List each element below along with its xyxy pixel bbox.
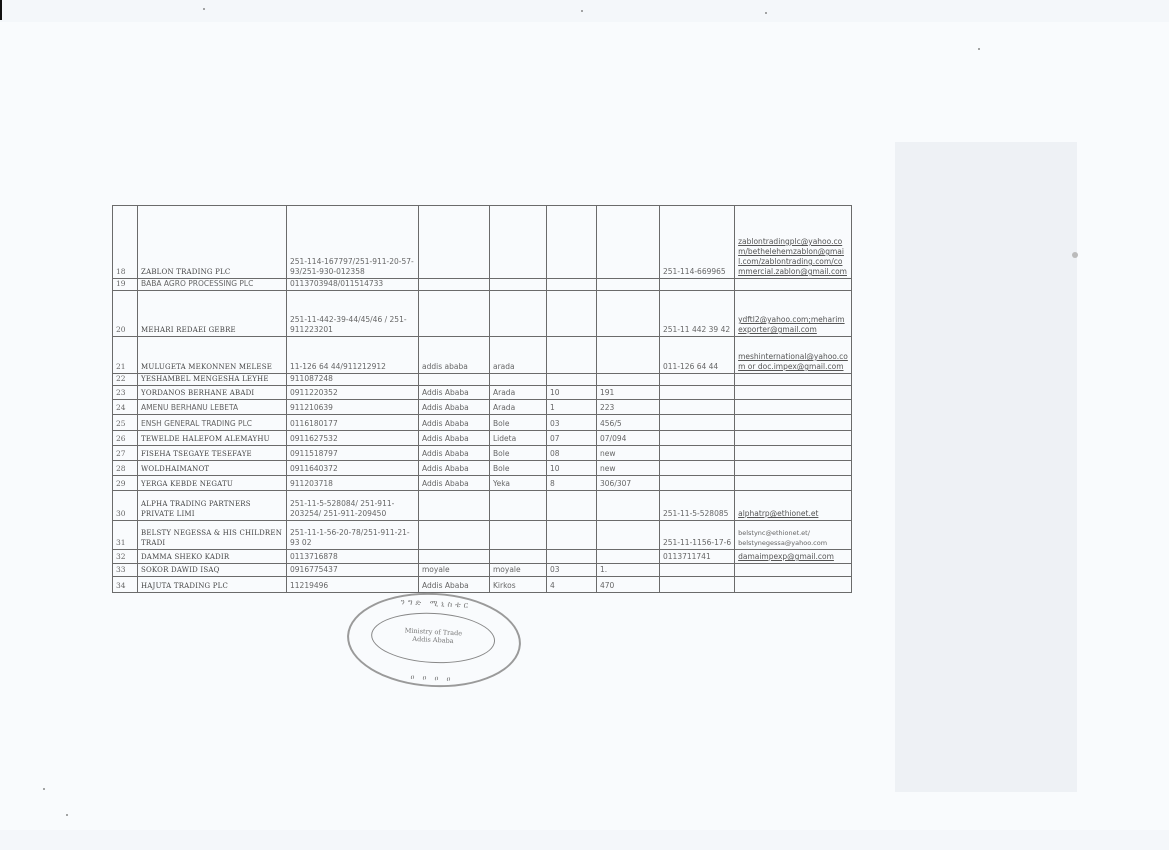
trader-name: ENSH GENERAL TRADING PLC [138,415,287,431]
trader-name: MEHARI REDAEI GEBRE [138,291,287,337]
phone-number: 0113703948/011514733 [287,279,419,291]
woreda [547,291,597,337]
secondary-phone [660,446,735,461]
subcity: Arada [490,386,547,400]
secondary-phone [660,374,735,386]
phone-number: 251-11-1-56-20-78/251-911-21- 93 02 [287,521,419,550]
row-number: 25 [113,415,138,431]
woreda: 10 [547,386,597,400]
secondary-phone [660,476,735,491]
city: Addis Ababa [419,400,490,415]
woreda [547,279,597,291]
table-row: 23YORDANOS BERHANE ABADI0911220352Addis … [113,386,852,400]
trader-name: WOLDHAIMANOT [138,461,287,476]
phone-number: 251-114-167797/251-911-20-57-93/251-930-… [287,206,419,279]
table-row: 24AMENU BERHANU LEBETA911210639Addis Aba… [113,400,852,415]
table-row: 34HAJUTA TRADING PLC11219496Addis AbabaK… [113,577,852,593]
table-row: 32DAMMA SHEKO KADIR01137168780113711741d… [113,550,852,564]
scan-speck [765,12,767,14]
table-row: 20MEHARI REDAEI GEBRE251-11-442-39-44/45… [113,291,852,337]
email-address: alphatrp@ethionet.et [735,491,852,521]
woreda: 1 [547,400,597,415]
secondary-phone: 251-11-1156-17-6 [660,521,735,550]
secondary-phone [660,461,735,476]
email-address [735,431,852,446]
scan-shadow [895,142,1077,792]
house-number: 1. [597,564,660,577]
row-number: 23 [113,386,138,400]
city: Addis Ababa [419,446,490,461]
house-number [597,291,660,337]
trader-name: YORDANOS BERHANE ABADI [138,386,287,400]
trader-name: YERGA KEBDE NEGATU [138,476,287,491]
city [419,550,490,564]
row-number: 34 [113,577,138,593]
secondary-phone: 011-126 64 44 [660,337,735,374]
scan-speck [1072,252,1078,258]
stamp-middle-text: Ministry of Trade Addis Ababa [372,625,495,647]
secondary-phone [660,279,735,291]
email-address: meshinternational@yahoo.com or doc.impex… [735,337,852,374]
email-address [735,461,852,476]
house-number: new [597,461,660,476]
trader-name: HAJUTA TRADING PLC [138,577,287,593]
email-address [735,446,852,461]
trader-name: BABA AGRO PROCESSING PLC [138,279,287,291]
phone-number: 911210639 [287,400,419,415]
subcity: Arada [490,400,547,415]
trader-name: TEWELDE HALEFOM ALEMAYHU [138,431,287,446]
table-row: 33SOKOR DAWID ISAQ0916775437moyalemoyale… [113,564,852,577]
table-row: 30ALPHA TRADING PARTNERS PRIVATE LIMI251… [113,491,852,521]
row-number: 28 [113,461,138,476]
secondary-phone: 251-11-5-528085 [660,491,735,521]
city: Addis Ababa [419,577,490,593]
woreda: 10 [547,461,597,476]
row-number: 22 [113,374,138,386]
subcity [490,279,547,291]
phone-number: 11219496 [287,577,419,593]
woreda: 8 [547,476,597,491]
phone-number: 251-11-442-39-44/45/46 / 251-911223201 [287,291,419,337]
phone-number: 0911518797 [287,446,419,461]
table-row: 25ENSH GENERAL TRADING PLC0116180177Addi… [113,415,852,431]
house-number [597,374,660,386]
subcity: Bole [490,461,547,476]
subcity [490,291,547,337]
secondary-phone [660,577,735,593]
phone-number: 0116180177 [287,415,419,431]
city [419,374,490,386]
stamp-middle-line2: Addis Ababa [412,635,454,645]
email-address [735,577,852,593]
house-number: 223 [597,400,660,415]
subcity: Kirkos [490,577,547,593]
table-row: 26TEWELDE HALEFOM ALEMAYHU0911627532Addi… [113,431,852,446]
city [419,491,490,521]
phone-number: 251-11-5-528084/ 251-911-203254/ 251-911… [287,491,419,521]
trader-name: ZABLON TRADING PLC [138,206,287,279]
stamp-inner-ring: Ministry of Trade Addis Ababa [370,610,496,666]
phone-number: 911203718 [287,476,419,491]
table-row: 19BABA AGRO PROCESSING PLC0113703948/011… [113,279,852,291]
table-row: 29YERGA KEBDE NEGATU911203718Addis Ababa… [113,476,852,491]
city: Addis Ababa [419,431,490,446]
scan-speck [203,8,205,10]
woreda [547,337,597,374]
email-address: ydftl2@yahoo.com;meharimexporter@gmail.c… [735,291,852,337]
email-address: zablontradingplc@yahoo.com/bethelehemzab… [735,206,852,279]
row-number: 32 [113,550,138,564]
phone-number: 11-126 64 44/911212912 [287,337,419,374]
phone-number: 0113716878 [287,550,419,564]
scan-speck [581,10,583,12]
woreda [547,374,597,386]
woreda [547,206,597,279]
email-address [735,386,852,400]
house-number [597,550,660,564]
subcity [490,550,547,564]
email-link: ydftl2@yahoo.com;meharimexporter@gmail.c… [738,315,845,334]
subcity [490,491,547,521]
email-address [735,374,852,386]
subcity [490,521,547,550]
house-number [597,279,660,291]
scan-speck [66,814,68,816]
subcity: Yeka [490,476,547,491]
secondary-phone: 251-11 442 39 42 [660,291,735,337]
phone-number: 0911220352 [287,386,419,400]
phone-number: 0911627532 [287,431,419,446]
subcity: Lideta [490,431,547,446]
table-row: 18ZABLON TRADING PLC251-114-167797/251-9… [113,206,852,279]
email-address [735,476,852,491]
woreda: 08 [547,446,597,461]
woreda: 07 [547,431,597,446]
trader-name: FISEHA TSEGAYE TESEFAYE [138,446,287,461]
email-address [735,400,852,415]
secondary-phone [660,386,735,400]
row-number: 30 [113,491,138,521]
email-address: belstync@ethionet.et/ belstynegessa@yaho… [735,521,852,550]
woreda [547,550,597,564]
secondary-phone [660,415,735,431]
row-number: 18 [113,206,138,279]
trader-register-table: 18ZABLON TRADING PLC251-114-167797/251-9… [112,205,852,593]
house-number [597,337,660,374]
secondary-phone [660,431,735,446]
house-number: 456/5 [597,415,660,431]
city [419,279,490,291]
row-number: 27 [113,446,138,461]
house-number: new [597,446,660,461]
trader-name: SOKOR DAWID ISAQ [138,564,287,577]
trader-name: MULUGETA MEKONNEN MELESE [138,337,287,374]
email-address: damaimpexp@gmail.com [735,550,852,564]
row-number: 29 [113,476,138,491]
city: moyale [419,564,490,577]
phone-number: 0911640372 [287,461,419,476]
city [419,206,490,279]
phone-number: 0916775437 [287,564,419,577]
scan-speck [43,788,45,790]
trader-name: BELSTY NEGESSA & HIS CHILDREN TRADI [138,521,287,550]
city: Addis Ababa [419,386,490,400]
secondary-phone: 0113711741 [660,550,735,564]
house-number: 306/307 [597,476,660,491]
scan-speck [978,48,980,50]
house-number [597,521,660,550]
secondary-phone [660,400,735,415]
secondary-phone: 251-114-669965 [660,206,735,279]
subcity [490,206,547,279]
phone-number: 911087248 [287,374,419,386]
woreda [547,521,597,550]
house-number [597,206,660,279]
subcity: moyale [490,564,547,577]
table-row: 22YESHAMBEL MENGESHA LEYHE911087248 [113,374,852,386]
email-link: alphatrp@ethionet.et [738,509,818,518]
email-link: zablontradingplc@yahoo.com/bethelehemzab… [738,237,847,276]
email-address [735,415,852,431]
trader-name: ALPHA TRADING PARTNERS PRIVATE LIMI [138,491,287,521]
trader-name: YESHAMBEL MENGESHA LEYHE [138,374,287,386]
table-row: 27FISEHA TSEGAYE TESEFAYE0911518797Addis… [113,446,852,461]
trader-name: DAMMA SHEKO KADIR [138,550,287,564]
table-row: 21MULUGETA MEKONNEN MELESE11-126 64 44/9… [113,337,852,374]
row-number: 24 [113,400,138,415]
scan-edge-mark [0,0,2,20]
subcity: Bole [490,415,547,431]
city: Addis Ababa [419,415,490,431]
row-number: 31 [113,521,138,550]
row-number: 20 [113,291,138,337]
email-link: damaimpexp@gmail.com [738,552,834,561]
city [419,521,490,550]
woreda: 03 [547,564,597,577]
woreda: 4 [547,577,597,593]
row-number: 21 [113,337,138,374]
secondary-phone [660,564,735,577]
woreda: 03 [547,415,597,431]
city [419,291,490,337]
house-number: 07/094 [597,431,660,446]
row-number: 19 [113,279,138,291]
row-number: 26 [113,431,138,446]
email-address [735,564,852,577]
trader-name: AMENU BERHANU LEBETA [138,400,287,415]
woreda [547,491,597,521]
city: Addis Ababa [419,476,490,491]
subcity [490,374,547,386]
email-link: meshinternational@yahoo.com or doc.impex… [738,352,848,371]
house-number [597,491,660,521]
subcity: Bole [490,446,547,461]
subcity: arada [490,337,547,374]
house-number: 191 [597,386,660,400]
city: Addis Ababa [419,461,490,476]
email-address [735,279,852,291]
house-number: 470 [597,577,660,593]
table-row: 31BELSTY NEGESSA & HIS CHILDREN TRADI251… [113,521,852,550]
row-number: 33 [113,564,138,577]
table-row: 28WOLDHAIMANOT0911640372Addis AbabaBole1… [113,461,852,476]
city: addis ababa [419,337,490,374]
